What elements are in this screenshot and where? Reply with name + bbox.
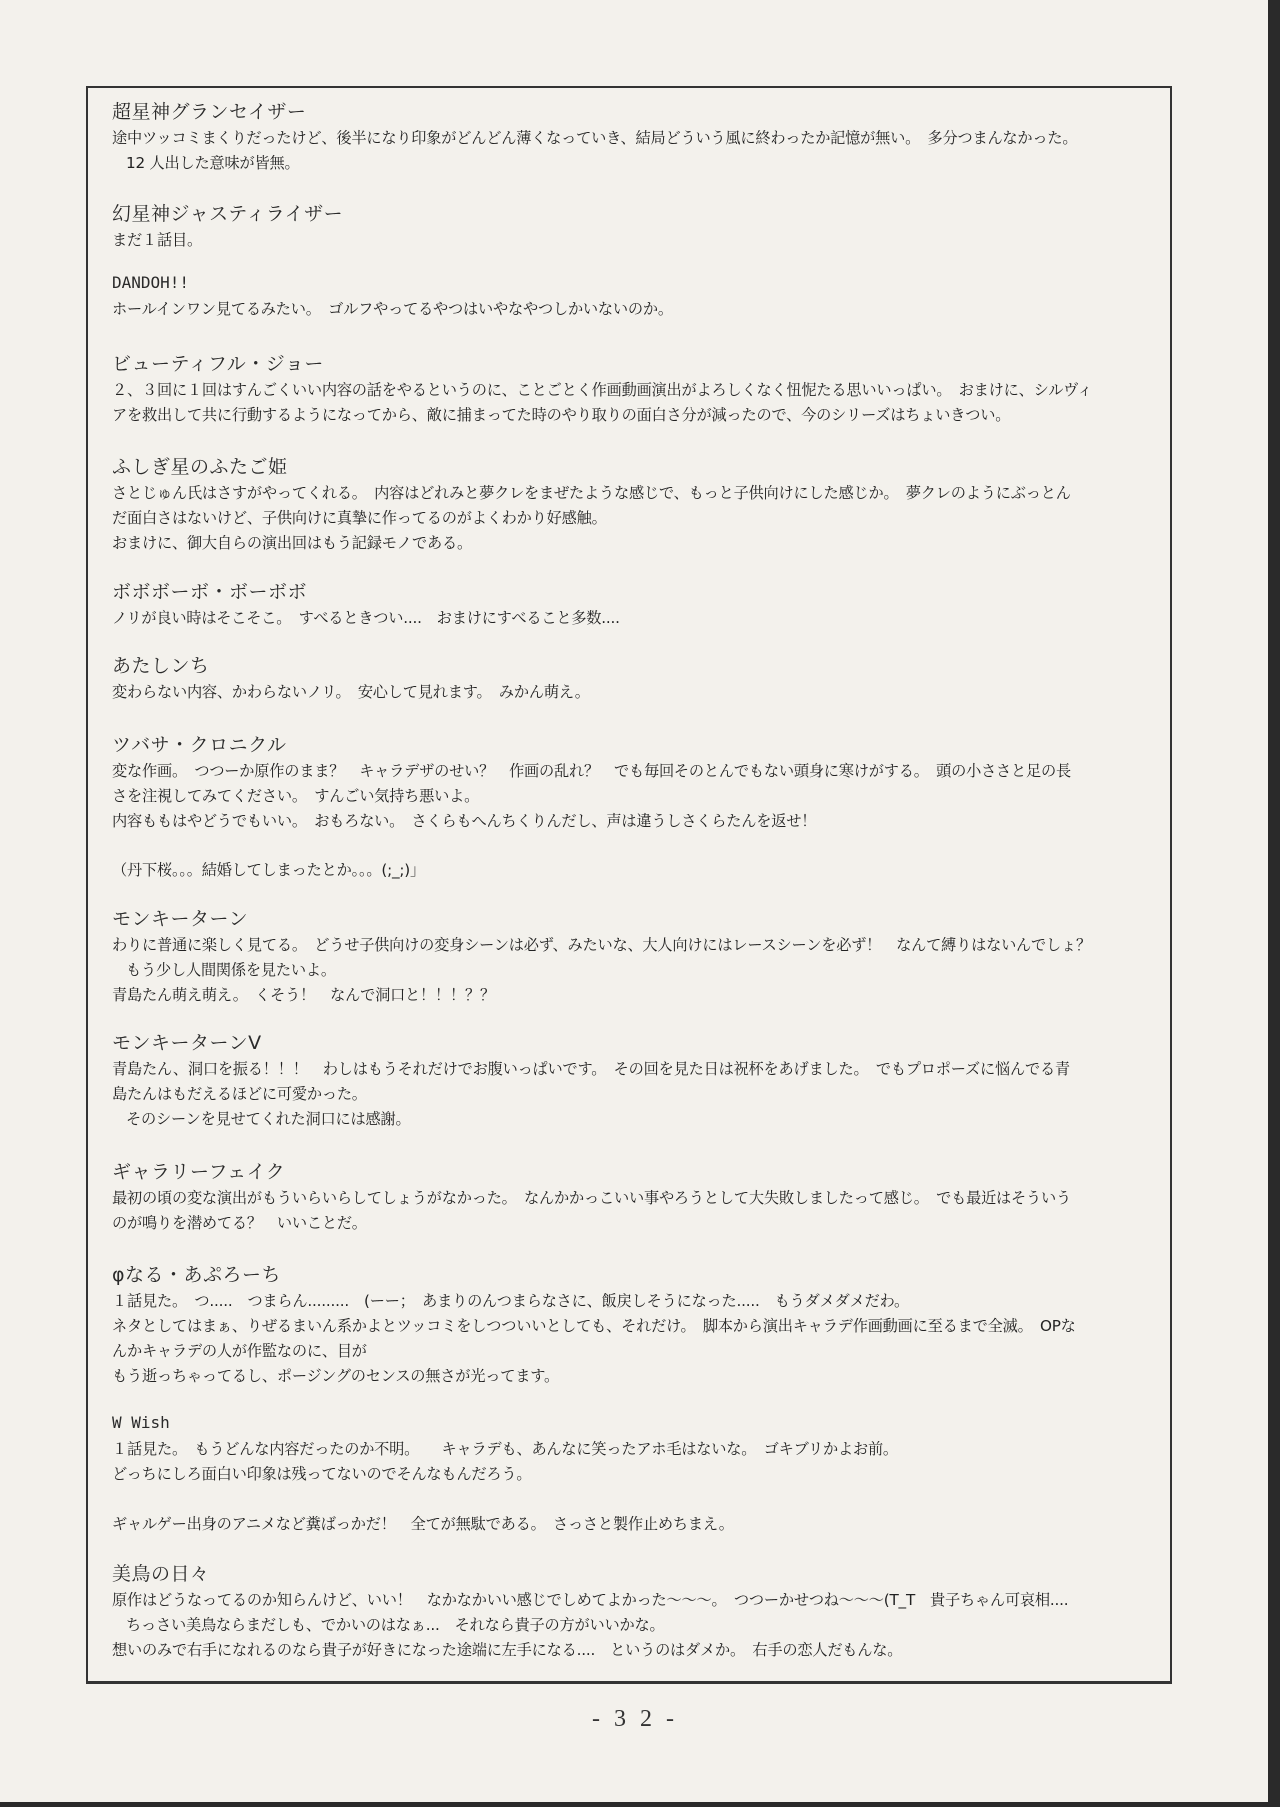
review-text: 12 人出した意味が皆無。 [112, 151, 1152, 176]
review-text: さとじゅん氏はさすがやってくれる。 内容はどれみと夢クレをまぜたような感じで、も… [112, 481, 1152, 506]
review-text: もう少し人間関係を見たいよ。 [112, 958, 1152, 983]
review-section: ふしぎ星のふたご姫 さとじゅん氏はさすがやってくれる。 内容はどれみと夢クレをま… [112, 453, 1152, 556]
section-title: モンキーターンV [112, 1029, 1152, 1057]
review-section: DANDOH!! ホールインワン見てるみたい。 ゴルフやってるやつはいやなやつし… [112, 269, 1152, 322]
review-text: まだ１話目。 [112, 228, 1152, 253]
section-title: W Wish [112, 1409, 1152, 1437]
review-section: 超星神グランセイザー 途中ツッコミまくりだったけど、後半になり印象がどんどん薄く… [112, 98, 1152, 176]
section-title: 幻星神ジャスティライザー [112, 200, 1152, 228]
review-note: ギャルゲー出身のアニメなど糞ばっかだ！ 全てが無駄である。 さっさと製作止めちま… [112, 1512, 1152, 1537]
scan-edge-bottom [0, 1802, 1280, 1807]
section-title: ツバサ・クロニクル [112, 731, 1152, 759]
review-text: ２、３回に１回はすんごくいい内容の話をやるというのに、ことごとく作画動画演出がよ… [112, 378, 1152, 403]
review-text: ノリが良い時はそこそこ。 すべるときつい.... おまけにすべること多数.... [112, 606, 1152, 631]
review-note: （丹下桜。。。結婚してしまったとか。。。(;_;)」 [112, 858, 1152, 883]
review-text: 変わらない内容、かわらないノリ。 安心して見れます。 みかん萌え。 [112, 680, 1152, 705]
review-section: φなる・あぷろーち １話見た。 つ..... つまらん......... (ーー… [112, 1261, 1152, 1389]
review-text: さを注視してみてください。 すんごい気持ち悪いよ。 [112, 784, 1152, 809]
review-text: ネタとしてはまぁ、りぜるまいん系かよとツッコミをしつついいとしても、それだけ。 … [112, 1314, 1152, 1339]
review-section: ビューティフル・ジョー ２、３回に１回はすんごくいい内容の話をやるというのに、こ… [112, 350, 1152, 428]
section-title: φなる・あぷろーち [112, 1261, 1152, 1289]
section-title: DANDOH!! [112, 269, 1152, 297]
review-text: 想いのみで右手になれるのなら貴子が好きになった途端に左手になる.... というの… [112, 1638, 1152, 1663]
review-text: 最初の頃の変な演出がもういらいらしてしょうがなかった。 なんかかっこいい事やろう… [112, 1186, 1152, 1211]
review-text: のが鳴りを潜めてる？ いいことだ。 [112, 1211, 1152, 1236]
review-text: （丹下桜。。。結婚してしまったとか。。。(;_;)」 [112, 858, 1152, 883]
section-title: 超星神グランセイザー [112, 98, 1152, 126]
review-text: そのシーンを見せてくれた洞口には感謝。 [112, 1107, 1152, 1132]
review-text: 青島たん萌え萌え。 くそう！ なんで洞口と！！！？？ [112, 983, 1152, 1008]
scan-edge-right [1268, 0, 1280, 1807]
review-text: ホールインワン見てるみたい。 ゴルフやってるやつはいやなやつしかいないのか。 [112, 297, 1152, 322]
review-text: ギャルゲー出身のアニメなど糞ばっかだ！ 全てが無駄である。 さっさと製作止めちま… [112, 1512, 1152, 1537]
review-section: あたしンち 変わらない内容、かわらないノリ。 安心して見れます。 みかん萌え。 [112, 652, 1152, 705]
review-text: んかキャラデの人が作監なのに、目が [112, 1339, 1152, 1364]
review-text: アを救出して共に行動するようになってから、敵に捕まってた時のやり取りの面白さ分が… [112, 403, 1152, 428]
review-text: だ面白さはないけど、子供向けに真摯に作ってるのがよくわかり好感触。 [112, 506, 1152, 531]
section-title: ふしぎ星のふたご姫 [112, 453, 1152, 481]
review-text: おまけに、御大自らの演出回はもう記録モノである。 [112, 531, 1152, 556]
review-section: ツバサ・クロニクル 変な作画。 つつーか原作のまま？ キャラデザのせい？ 作画の… [112, 731, 1152, 834]
review-section: ボボボーボ・ボーボボ ノリが良い時はそこそこ。 すべるときつい.... おまけに… [112, 578, 1152, 631]
review-text: 青島たん、洞口を振る！！！ わしはもうそれだけでお腹いっぱいです。 その回を見た… [112, 1057, 1152, 1082]
review-text: １話見た。 もうどんな内容だったのか不明。 キャラデも、あんなに笑ったアホ毛はな… [112, 1437, 1152, 1462]
review-text: もう逝っちゃってるし、ポージングのセンスの無さが光ってます。 [112, 1364, 1152, 1389]
section-title: ギャラリーフェイク [112, 1158, 1152, 1186]
section-title: モンキーターン [112, 905, 1152, 933]
review-text: わりに普通に楽しく見てる。 どうせ子供向けの変身シーンは必ず、みたいな、大人向け… [112, 933, 1152, 958]
section-title: あたしンち [112, 652, 1152, 680]
page-number: - 3 2 - [0, 1706, 1270, 1733]
review-section: 美鳥の日々 原作はどうなってるのか知らんけど、いい！ なかなかいい感じでしめてよ… [112, 1560, 1152, 1663]
review-section: モンキーターン わりに普通に楽しく見てる。 どうせ子供向けの変身シーンは必ず、み… [112, 905, 1152, 1008]
review-text: ちっさい美鳥ならまだしも、でかいのはなぁ... それなら貴子の方がいいかな。 [112, 1613, 1152, 1638]
section-title: 美鳥の日々 [112, 1560, 1152, 1588]
review-text: 原作はどうなってるのか知らんけど、いい！ なかなかいい感じでしめてよかった〜〜〜… [112, 1588, 1152, 1613]
review-text: １話見た。 つ..... つまらん......... (ーー； あまりのんつまら… [112, 1289, 1152, 1314]
review-text: 変な作画。 つつーか原作のまま？ キャラデザのせい？ 作画の乱れ？ でも毎回その… [112, 759, 1152, 784]
review-section: 幻星神ジャスティライザー まだ１話目。 [112, 200, 1152, 253]
review-text: 島たんはもだえるほどに可愛かった。 [112, 1082, 1152, 1107]
review-text: どっちにしろ面白い印象は残ってないのでそんなもんだろう。 [112, 1462, 1152, 1487]
section-title: ボボボーボ・ボーボボ [112, 578, 1152, 606]
review-text: 内容ももはやどうでもいい。 おもろない。 さくらもへんちくりんだし、声は違うしさ… [112, 809, 1152, 834]
review-section: モンキーターンV 青島たん、洞口を振る！！！ わしはもうそれだけでお腹いっぱいで… [112, 1029, 1152, 1132]
review-section: W Wish １話見た。 もうどんな内容だったのか不明。 キャラデも、あんなに笑… [112, 1409, 1152, 1487]
section-title: ビューティフル・ジョー [112, 350, 1152, 378]
review-text: 途中ツッコミまくりだったけど、後半になり印象がどんどん薄くなっていき、結局どうい… [112, 126, 1152, 151]
review-section: ギャラリーフェイク 最初の頃の変な演出がもういらいらしてしょうがなかった。 なん… [112, 1158, 1152, 1236]
